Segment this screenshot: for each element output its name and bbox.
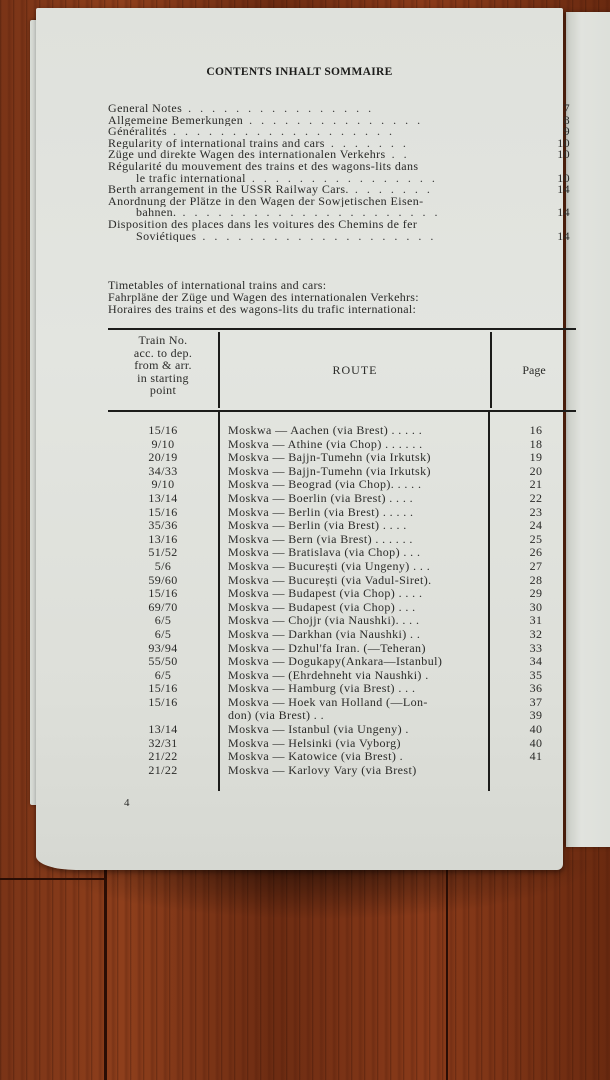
toc-entry-label: Berth arrangement in the USSR Railway Ca…	[108, 184, 349, 196]
table-header: Train No. acc. to dep. from & arr. in st…	[108, 330, 576, 410]
train-number-cell: 15/16	[108, 682, 218, 696]
route-cell: Moskva — Budapest (via Chop) . . .	[228, 601, 488, 615]
toc-leader-dots: . . . . . . . . . . . . . . . . . . .	[167, 126, 395, 138]
train-number-cell: 9/10	[108, 478, 218, 492]
toc-leader-dots: . . . . . . .	[349, 184, 433, 196]
train-number-cell: 13/14	[108, 492, 218, 506]
route-cell: Moskva — Boerlin (via Brest) . . . .	[228, 492, 488, 506]
train-number-cell: 9/10	[108, 438, 218, 452]
page-cell: 30	[496, 601, 576, 615]
toc-entry-text: Soviétiques . . . . . . . . . . . . . . …	[108, 231, 540, 243]
toc-entry-label: Züge und direkte Wagen des international…	[108, 149, 386, 161]
train-number-cell: 32/31	[108, 737, 218, 751]
toc-entry: Soviétiques . . . . . . . . . . . . . . …	[108, 231, 570, 243]
page-cell: 22	[496, 492, 576, 506]
booklet-page: CONTENTS INHALT SOMMAIRE General Notes .…	[36, 8, 563, 870]
train-number-cell: 5/6	[108, 560, 218, 574]
toc-entry: General Notes . . . . . . . . . . . . . …	[108, 103, 570, 115]
route-cell: Moskva — Katowice (via Brest) .	[228, 750, 488, 764]
toc-entry: Disposition des places dans les voitures…	[108, 219, 570, 231]
page-title: CONTENTS INHALT SOMMAIRE	[36, 66, 563, 78]
toc-entry-label: Généralités	[108, 126, 167, 138]
toc-entry-label: Allgemeine Bemerkungen	[108, 115, 243, 127]
toc-entry-text: Régularité du mouvement des trains et de…	[108, 161, 570, 173]
toc-page-number: 14	[540, 207, 570, 219]
train-number-cell: 6/5	[108, 669, 218, 683]
train-number-cell: 34/33	[108, 465, 218, 479]
train-number-cell: 15/16	[108, 696, 218, 723]
route-cell: Moskwa — Aachen (via Brest) . . . . .	[228, 424, 488, 438]
toc-entry-label: le trafic international	[108, 173, 246, 185]
toc-leader-dots: . . . . . . . . . . . . . . . . . . . .	[196, 231, 436, 243]
page-cell: 29	[496, 587, 576, 601]
route-cell: Moskva — Istanbul (via Ungeny) .	[228, 723, 488, 737]
train-number-cell: 93/94	[108, 642, 218, 656]
table-body: 15/169/1020/1934/339/1013/1415/1635/3613…	[108, 412, 576, 791]
table-of-contents: General Notes . . . . . . . . . . . . . …	[108, 103, 570, 242]
toc-entry: Régularité du mouvement des trains et de…	[108, 161, 570, 173]
route-cell: Moskva — Chojjr (via Naushki). . . .	[228, 614, 488, 628]
train-number-cell: 6/5	[108, 614, 218, 628]
page-cell: 36	[496, 682, 576, 696]
page-cell: 20	[496, 465, 576, 479]
toc-page-number: 14	[540, 231, 570, 243]
page-cell: 40	[496, 737, 576, 751]
route-cell: Moskva — Darkhan (via Naushki) . .	[228, 628, 488, 642]
floorboard-seam	[0, 878, 106, 880]
route-cell: Moskva — Berlin (via Brest) . . . .	[228, 519, 488, 533]
page-cell: 35	[496, 669, 576, 683]
page-cell: 28	[496, 574, 576, 588]
toc-entry-text: Allgemeine Bemerkungen . . . . . . . . .…	[108, 115, 540, 127]
header-route: ROUTE	[218, 332, 492, 408]
toc-entry: Berth arrangement in the USSR Railway Ca…	[108, 184, 570, 196]
header-page: Page	[492, 330, 576, 410]
route-cell: Moskva — Bern (via Brest) . . . . . .	[228, 533, 488, 547]
page-cell: 40	[496, 723, 576, 737]
page-cell: 26	[496, 546, 576, 560]
route-cell: Moskva — (Ehrdehneht via Naushki) .	[228, 669, 488, 683]
toc-entry-text: Anordnung der Plätze in den Wagen der So…	[108, 196, 570, 208]
route-cell: Moskva — Bratislava (via Chop) . . .	[228, 546, 488, 560]
toc-entry-label: Soviétiques	[108, 231, 196, 243]
toc-entry: Anordnung der Plätze in den Wagen der So…	[108, 196, 570, 208]
route-column: Moskwa — Aachen (via Brest) . . . . .Mos…	[218, 412, 490, 791]
page-cell	[496, 764, 576, 778]
toc-entry-label: Regularity of international trains and c…	[108, 138, 325, 150]
page-cell: 27	[496, 560, 576, 574]
page-cell: 37 39	[496, 696, 576, 723]
page-cell: 23	[496, 506, 576, 520]
train-number-cell: 15/16	[108, 424, 218, 438]
page-cell: 21	[496, 478, 576, 492]
page-cell: 19	[496, 451, 576, 465]
toc-leader-dots: . . . . . . . . . . . . . . .	[243, 115, 423, 127]
toc-entry: bahnen. . . . . . . . . . . . . . . . . …	[108, 207, 570, 219]
floorboard-seam	[446, 870, 448, 1080]
train-number-cell: 15/16	[108, 506, 218, 520]
route-cell: Moskva — Bajjn-Tumehn (via Irkutsk)	[228, 451, 488, 465]
toc-leader-dots: . . . . . . .	[325, 138, 409, 150]
train-number-cell: 21/22	[108, 764, 218, 778]
page-cell: 18	[496, 438, 576, 452]
floorboard-seam	[104, 870, 107, 1080]
toc-entry-text: Regularity of international trains and c…	[108, 138, 540, 150]
train-number-cell: 13/14	[108, 723, 218, 737]
header-train-no: Train No. acc. to dep. from & arr. in st…	[108, 330, 218, 410]
page-cell: 41	[496, 750, 576, 764]
toc-entry: Généralités . . . . . . . . . . . . . . …	[108, 126, 570, 138]
page-cell: 25	[496, 533, 576, 547]
route-cell: Moskva — Hamburg (via Brest) . . .	[228, 682, 488, 696]
toc-entry-label: bahnen.	[108, 207, 176, 219]
route-cell: Moskva — Dzhul'fa Iran. (—Teheran)	[228, 642, 488, 656]
route-cell: Moskva — Dogukapy(Ankara—Istanbul)	[228, 655, 488, 669]
train-number-cell: 69/70	[108, 601, 218, 615]
toc-leader-dots: . .	[386, 149, 410, 161]
timetables-heading: Timetables of international trains and c…	[108, 279, 570, 315]
toc-entry-text: le trafic international . . . . . . . . …	[108, 173, 540, 185]
toc-entry: Allgemeine Bemerkungen . . . . . . . . .…	[108, 115, 570, 127]
toc-page-number: 14	[540, 184, 570, 196]
route-cell: Moskva — Karlovy Vary (via Brest)	[228, 764, 488, 778]
train-number-cell: 20/19	[108, 451, 218, 465]
toc-entry: Züge und direkte Wagen des international…	[108, 149, 570, 161]
toc-entry-label: General Notes	[108, 103, 182, 115]
train-number-cell: 15/16	[108, 587, 218, 601]
route-cell: Moskva — București (via Vadul-Siret).	[228, 574, 488, 588]
toc-entry-text: Berth arrangement in the USSR Railway Ca…	[108, 184, 540, 196]
page-cell: 34	[496, 655, 576, 669]
toc-entry-text: General Notes . . . . . . . . . . . . . …	[108, 103, 540, 115]
route-cell: Moskva — Athine (via Chop) . . . . . .	[228, 438, 488, 452]
toc-entry-text: Disposition des places dans les voitures…	[108, 219, 570, 231]
route-cell: Moskva — Budapest (via Chop) . . . .	[228, 587, 488, 601]
train-number-cell: 59/60	[108, 574, 218, 588]
toc-entry-text: Généralités . . . . . . . . . . . . . . …	[108, 126, 540, 138]
toc-entry: le trafic international . . . . . . . . …	[108, 173, 570, 185]
route-cell: Moskva — Helsinki (via Vyborg)	[228, 737, 488, 751]
train-number-cell: 51/52	[108, 546, 218, 560]
toc-page-number: 10	[540, 149, 570, 161]
page-cell: 32	[496, 628, 576, 642]
route-cell: Moskva — Berlin (via Brest) . . . . .	[228, 506, 488, 520]
route-cell: Moskva — Hoek van Holland (—Lon- don) (v…	[228, 696, 488, 723]
train-number-cell: 55/50	[108, 655, 218, 669]
toc-leader-dots: . . . . . . . . . . . . . . . . . . . . …	[176, 207, 440, 219]
timetables-heading-fr: Horaires des trains et des wagons-lits d…	[108, 303, 570, 315]
page-number: 4	[124, 797, 130, 809]
page-cell: 31	[496, 614, 576, 628]
toc-entry-text: Züge und direkte Wagen des international…	[108, 149, 540, 161]
train-number-cell: 21/22	[108, 750, 218, 764]
train-number-cell: 13/16	[108, 533, 218, 547]
toc-entry-text: bahnen. . . . . . . . . . . . . . . . . …	[108, 207, 540, 219]
route-cell: Moskva — Beograd (via Chop). . . . .	[228, 478, 488, 492]
train-number-cell: 6/5	[108, 628, 218, 642]
train-number-cell: 35/36	[108, 519, 218, 533]
page-cell: 24	[496, 519, 576, 533]
train-number-column: 15/169/1020/1934/339/1013/1415/1635/3613…	[108, 412, 218, 791]
route-table: Train No. acc. to dep. from & arr. in st…	[108, 328, 576, 791]
page-cell: 33	[496, 642, 576, 656]
toc-leader-dots: . . . . . . . . . . . . . . . .	[182, 103, 374, 115]
route-cell: Moskva — București (via Ungeny) . . .	[228, 560, 488, 574]
page-cell: 16	[496, 424, 576, 438]
page-column: 1618192021222324252627282930313233343536…	[490, 412, 576, 791]
route-cell: Moskva — Bajjn-Tumehn (via Irkutsk)	[228, 465, 488, 479]
toc-leader-dots: . . . . . . . . . . . . . . . .	[246, 173, 438, 185]
toc-entry: Regularity of international trains and c…	[108, 138, 570, 150]
